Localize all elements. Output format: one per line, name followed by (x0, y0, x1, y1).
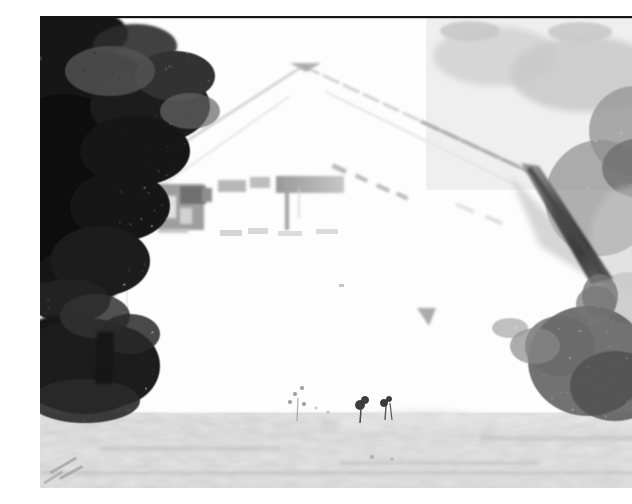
foliage-patch (440, 21, 500, 41)
photo-canvas (40, 16, 632, 488)
post (95, 332, 114, 385)
top-edge-line (40, 16, 632, 18)
foliage-patch (548, 22, 612, 42)
photograph (40, 16, 632, 488)
bush-fringe (492, 318, 528, 338)
wall-mark-dot (339, 284, 344, 287)
lawn (40, 411, 632, 488)
bush-fringe (576, 286, 616, 322)
